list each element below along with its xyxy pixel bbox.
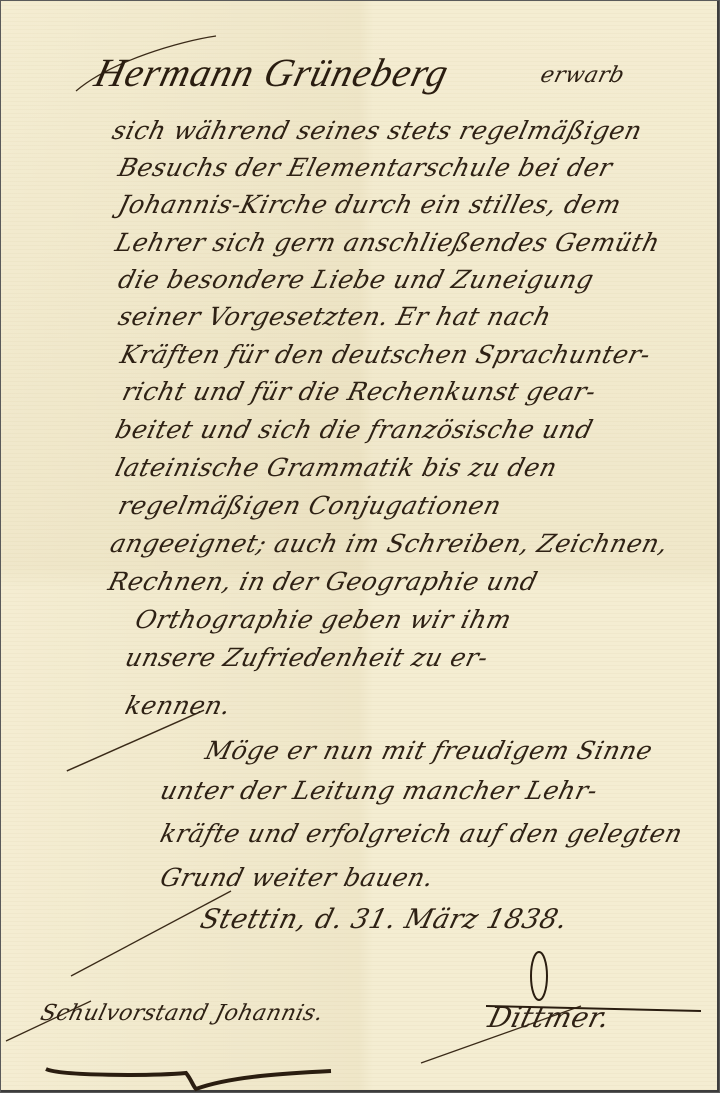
text-line: Lehrer sich gern anschließendes Gemüth — [112, 228, 663, 257]
place-date: Stettin, d. 31. März 1838. — [197, 904, 571, 935]
text-line: Grund weiter bauen. — [157, 863, 437, 892]
text-line: beitet und sich die französische und — [112, 415, 596, 444]
text-line: Orthographie geben wir ihm — [132, 605, 514, 634]
text-line: Kräften für den deutschen Sprachunter- — [117, 340, 653, 369]
text-line: Möge er nun mit freudigem Sinne — [202, 736, 655, 765]
heading-name: Hermann Grüneberg — [90, 49, 454, 96]
text-line: lateinische Grammatik bis zu den — [112, 453, 560, 482]
document-page: Hermann Grüneberg erwarb sich während se… — [1, 1, 719, 1092]
text-line: kräfte und erfolgreich auf den gelegten — [157, 819, 685, 848]
text-line: angeeignet; auch im Schreiben, Zeichnen, — [107, 529, 671, 558]
text-line: seiner Vorgesetzten. Er hat nach — [115, 302, 554, 331]
text-line: Johannis-Kirche durch ein stilles, dem — [115, 190, 624, 219]
text-line: Rechnen, in der Geographie und — [105, 567, 540, 596]
text-line: kennen. — [122, 691, 234, 720]
text-line: richt und für die Rechenkunst gear- — [119, 377, 599, 406]
text-line: unsere Zufriedenheit zu er- — [122, 643, 491, 672]
signature-right: Dittmer. — [485, 1001, 613, 1034]
text-line: erwarb — [538, 63, 627, 88]
text-line: Besuchs der Elementarschule bei der — [115, 153, 615, 182]
text-line: unter der Leitung mancher Lehr- — [157, 776, 600, 805]
text-line: regelmäßigen Conjugationen — [115, 491, 504, 520]
text-line: sich während seines stets regelmäßigen — [109, 116, 645, 145]
signature-left: Schulvorstand Johannis. — [38, 1001, 326, 1026]
text-line: die besondere Liebe und Zuneigung — [115, 265, 597, 294]
